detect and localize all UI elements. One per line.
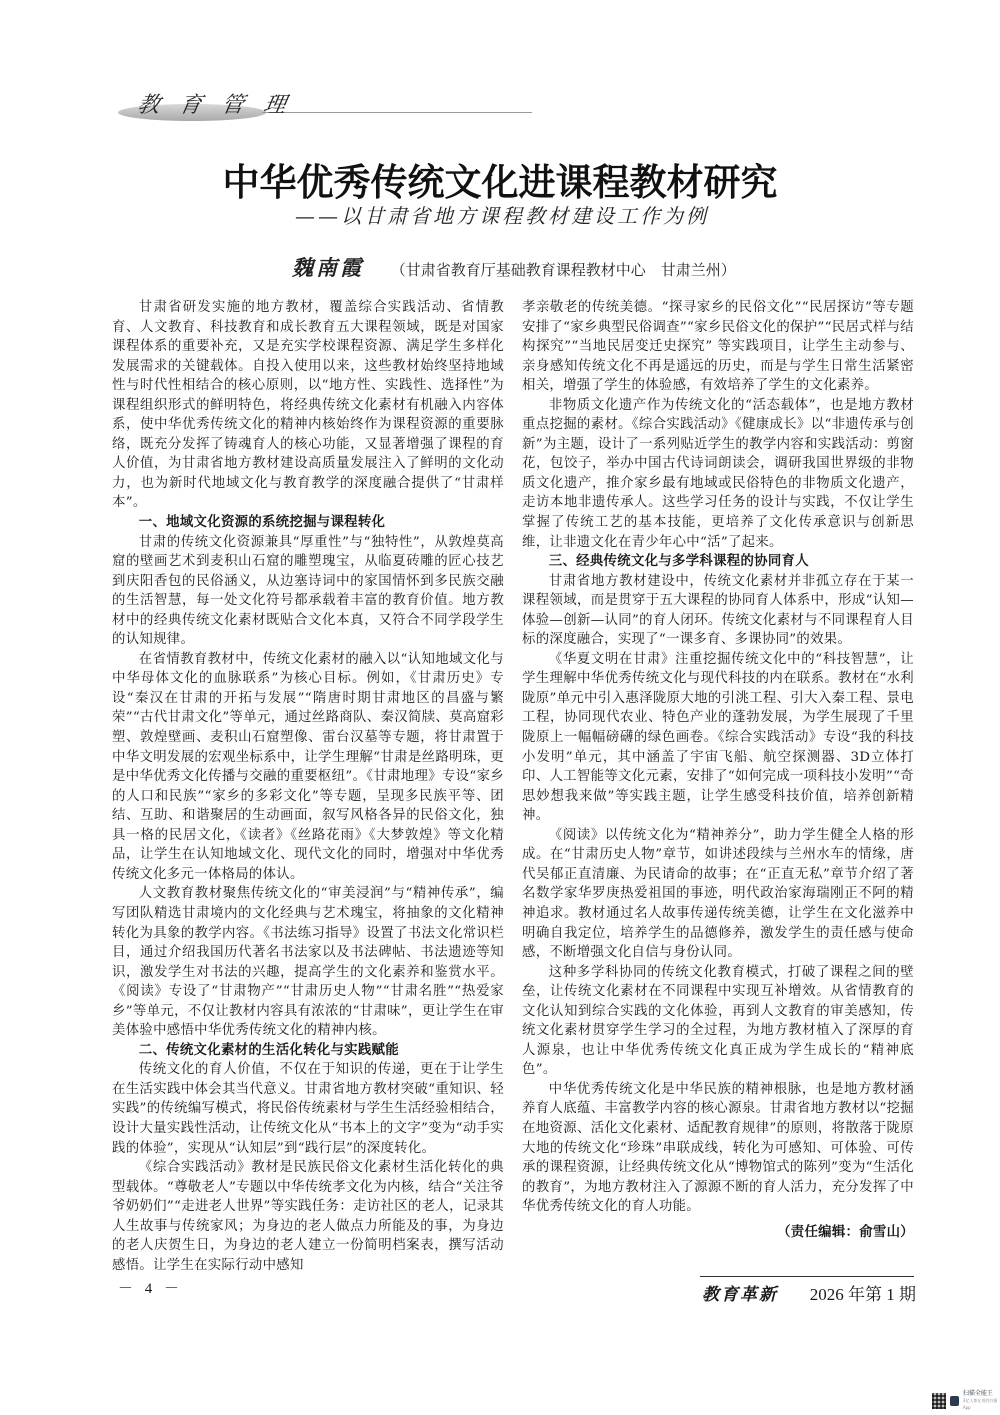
paragraph-continued: 孝亲敬老的传统美德。“探寻家乡的民俗文化”“民居探访”等专题安排了“家乡典型民俗… <box>522 298 914 396</box>
author-name: 魏南霞 <box>292 255 364 280</box>
paragraph: 人文教育教材聚焦传统文化的“审美浸润”与“精神传承”，编写团队精选甘肃境内的文化… <box>112 884 504 1040</box>
section-heading-3: 三、经典传统文化与多学科课程的协同育人 <box>522 552 914 572</box>
paragraph: 在省情教育教材中，传统文化素材的融入以“认知地域文化与中华母体文化的血脉联系”为… <box>112 650 504 885</box>
article-subtitle: ——以甘肃省地方课程教材建设工作为例 <box>295 200 709 229</box>
paragraph: 《综合实践活动》教材是民族民俗文化素材生活化转化的典型载体。“尊敬老人”专题以中… <box>112 1158 504 1275</box>
paragraph: 甘肃省地方教材建设中，传统文化素材并非孤立存在于某一课程领域，而是贯穿于五大课程… <box>522 572 914 650</box>
scanner-watermark: 扫描全能王 3亿人都在用的扫描App <box>932 1390 1000 1411</box>
scanner-logo-icon <box>950 1396 959 1406</box>
right-column: 孝亲敬老的传统美德。“探寻家乡的民俗文化”“民居探访”等专题安排了“家乡典型民俗… <box>522 298 914 1242</box>
paragraph: 甘肃的传统文化资源兼具“厚重性”与“独特性”，从敦煌莫高窟的壁画艺术到麦积山石窟… <box>112 533 504 650</box>
journal-name: 教育革新 <box>702 1280 778 1305</box>
byline: 魏南霞 （甘肃省教育厅基础教育课程教材中心 甘肃兰州） <box>292 252 736 282</box>
journal-footer: 教育革新 2026 年第 1 期 <box>702 1280 916 1305</box>
watermark-tagline: 3亿人都在用的扫描App <box>963 1397 1000 1411</box>
paragraph: 中华优秀传统文化是中华民族的精神根脉，也是地方教材涵养育人底蕴、丰富教学内容的核… <box>522 1080 914 1217</box>
paragraph: 《阅读》以传统文化为“精神养分”，助力学生健全人格的形成。在“甘肃历史人物”章节… <box>522 826 914 963</box>
footer-rule <box>700 1276 914 1277</box>
author-affiliation: （甘肃省教育厅基础教育课程教材中心 甘肃兰州） <box>391 261 736 279</box>
qr-code-icon <box>932 1393 946 1409</box>
section-tag: 教育管理 <box>112 86 532 126</box>
section-tag-label: 教育管理 <box>135 88 308 119</box>
paragraph: 甘肃省研发实施的地方教材，覆盖综合实践活动、省情教育、人文教育、科技教育和成长教… <box>112 298 504 513</box>
paragraph: 《华夏文明在甘肃》注重挖掘传统文化中的“科技智慧”，让学生理解中华优秀传统文化与… <box>522 650 914 826</box>
watermark-app-name: 扫描全能王 <box>963 1390 1000 1397</box>
paragraph: 这种多学科协同的传统文化教育模式，打破了课程之间的壁垒，让传统文化素材在不同课程… <box>522 963 914 1080</box>
paragraph: 非物质文化遗产作为传统文化的“活态载体”，也是地方教材重点挖掘的素材。《综合实践… <box>522 396 914 552</box>
section-heading-1: 一、地域文化资源的系统挖掘与课程转化 <box>112 513 504 533</box>
page-number: － 4 － <box>118 1277 183 1298</box>
issue-label: 2026 年第 1 期 <box>810 1280 916 1305</box>
section-heading-2: 二、传统文化素材的生活化转化与实践赋能 <box>112 1041 504 1061</box>
left-column: 甘肃省研发实施的地方教材，覆盖综合实践活动、省情教育、人文教育、科技教育和成长教… <box>112 298 504 1275</box>
article-title: 中华优秀传统文化进课程教材研究 <box>0 152 1000 206</box>
paragraph: 传统文化的育人价值，不仅在于知识的传递，更在于让学生在生活实践中体会其当代意义。… <box>112 1060 504 1158</box>
responsible-editor: （责任编辑：俞雪山） <box>522 1223 914 1243</box>
